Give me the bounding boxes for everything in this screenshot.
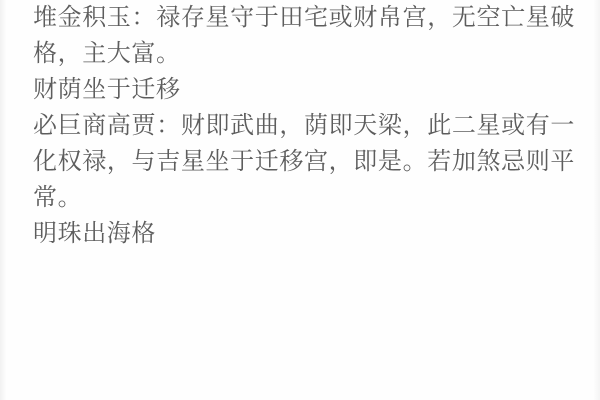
heading-cai-yin-zuo-yu-qian-yi: 财荫坐于迁移 (33, 72, 575, 108)
article-text-column: 堆金积玉：禄存星守于田宅或财帛宫，无空亡星破格，主大富。 财荫坐于迁移 必巨商高… (0, 0, 600, 252)
reader-page: 堆金积玉：禄存星守于田宅或财帛宫，无空亡星破格，主大富。 财荫坐于迁移 必巨商高… (0, 0, 600, 400)
paragraph-bi-ju-shang-gao-jia: 必巨商高贾：财即武曲，荫即天梁，此二星或有一化权禄，与吉星坐于迁移宫，即是。若加… (33, 108, 575, 216)
heading-ming-zhu-chu-hai-ge: 明珠出海格 (33, 216, 575, 252)
paragraph-dui-jin-ji-yu: 堆金积玉：禄存星守于田宅或财帛宫，无空亡星破格，主大富。 (33, 0, 575, 72)
